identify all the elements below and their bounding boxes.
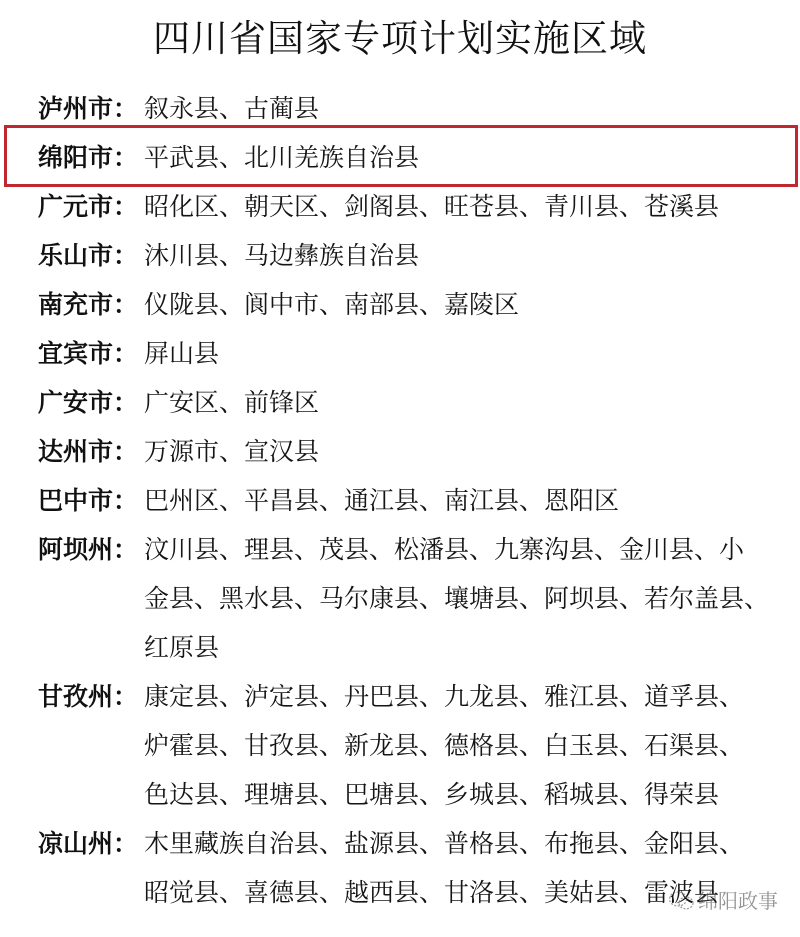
wechat-bubble-icon	[668, 890, 696, 912]
county-line: 炉霍县、甘孜县、新龙县、德格县、白玉县、石渠县、	[144, 721, 774, 770]
city-label: 甘孜州：	[38, 672, 144, 721]
county-line: 叙永县、古蔺县	[144, 84, 774, 133]
region-row-luzhou: 泸州市： 叙永县、古蔺县	[0, 84, 800, 133]
county-line: 万源市、宣汉县	[144, 427, 774, 476]
city-label: 乐山市：	[38, 231, 144, 280]
city-label: 泸州市：	[38, 84, 144, 133]
city-label: 广元市：	[38, 182, 144, 231]
county-line: 昭化区、朝天区、剑阁县、旺苍县、青川县、苍溪县	[144, 182, 774, 231]
county-line: 金县、黑水县、马尔康县、壤塘县、阿坝县、若尔盖县、	[144, 574, 774, 623]
city-label: 达州市：	[38, 427, 144, 476]
county-list: 平武县、北川羌族自治县	[144, 133, 774, 182]
region-list: 泸州市： 叙永县、古蔺县 绵阳市： 平武县、北川羌族自治县 广元市： 昭化区、朝…	[0, 84, 800, 917]
document-title: 四川省国家专项计划实施区域	[0, 14, 800, 64]
county-line: 仪陇县、阆中市、南部县、嘉陵区	[144, 280, 774, 329]
city-label: 凉山州：	[38, 819, 144, 868]
region-row-ganzi: 甘孜州： 康定县、泸定县、丹巴县、九龙县、雅江县、道孚县、 炉霍县、甘孜县、新龙…	[0, 672, 800, 819]
region-row-bazhong: 巴中市： 巴州区、平昌县、通江县、南江县、恩阳区	[0, 476, 800, 525]
county-line: 汶川县、理县、茂县、松潘县、九寨沟县、金川县、小	[144, 525, 774, 574]
region-row-mianyang: 绵阳市： 平武县、北川羌族自治县	[0, 133, 800, 182]
county-list: 巴州区、平昌县、通江县、南江县、恩阳区	[144, 476, 774, 525]
county-line: 康定县、泸定县、丹巴县、九龙县、雅江县、道孚县、	[144, 672, 774, 721]
county-line: 屏山县	[144, 329, 774, 378]
region-row-guangyuan: 广元市： 昭化区、朝天区、剑阁县、旺苍县、青川县、苍溪县	[0, 182, 800, 231]
county-line: 色达县、理塘县、巴塘县、乡城县、稻城县、得荣县	[144, 770, 774, 819]
region-row-guangan: 广安市： 广安区、前锋区	[0, 378, 800, 427]
county-line: 木里藏族自治县、盐源县、普格县、布拖县、金阳县、	[144, 819, 774, 868]
region-row-leshan: 乐山市： 沐川县、马边彝族自治县	[0, 231, 800, 280]
county-list: 叙永县、古蔺县	[144, 84, 774, 133]
city-label: 巴中市：	[38, 476, 144, 525]
region-row-yibin: 宜宾市： 屏山县	[0, 329, 800, 378]
county-line: 广安区、前锋区	[144, 378, 774, 427]
county-line: 巴州区、平昌县、通江县、南江县、恩阳区	[144, 476, 774, 525]
city-label: 阿坝州：	[38, 525, 144, 574]
region-row-nanchong: 南充市： 仪陇县、阆中市、南部县、嘉陵区	[0, 280, 800, 329]
watermark-text: 绵阳政事	[698, 888, 778, 914]
county-list: 汶川县、理县、茂县、松潘县、九寨沟县、金川县、小 金县、黑水县、马尔康县、壤塘县…	[144, 525, 774, 672]
city-label: 广安市：	[38, 378, 144, 427]
watermark: 绵阳政事	[668, 888, 778, 914]
county-list: 屏山县	[144, 329, 774, 378]
county-list: 康定县、泸定县、丹巴县、九龙县、雅江县、道孚县、 炉霍县、甘孜县、新龙县、德格县…	[144, 672, 774, 819]
county-list: 广安区、前锋区	[144, 378, 774, 427]
region-row-aba: 阿坝州： 汶川县、理县、茂县、松潘县、九寨沟县、金川县、小 金县、黑水县、马尔康…	[0, 525, 800, 672]
county-line: 红原县	[144, 623, 774, 672]
region-row-dazhou: 达州市： 万源市、宣汉县	[0, 427, 800, 476]
city-label: 绵阳市：	[38, 133, 144, 182]
county-list: 仪陇县、阆中市、南部县、嘉陵区	[144, 280, 774, 329]
county-line: 沐川县、马边彝族自治县	[144, 231, 774, 280]
county-line: 平武县、北川羌族自治县	[144, 133, 774, 182]
county-list: 昭化区、朝天区、剑阁县、旺苍县、青川县、苍溪县	[144, 182, 774, 231]
county-list: 沐川县、马边彝族自治县	[144, 231, 774, 280]
city-label: 南充市：	[38, 280, 144, 329]
county-list: 万源市、宣汉县	[144, 427, 774, 476]
city-label: 宜宾市：	[38, 329, 144, 378]
